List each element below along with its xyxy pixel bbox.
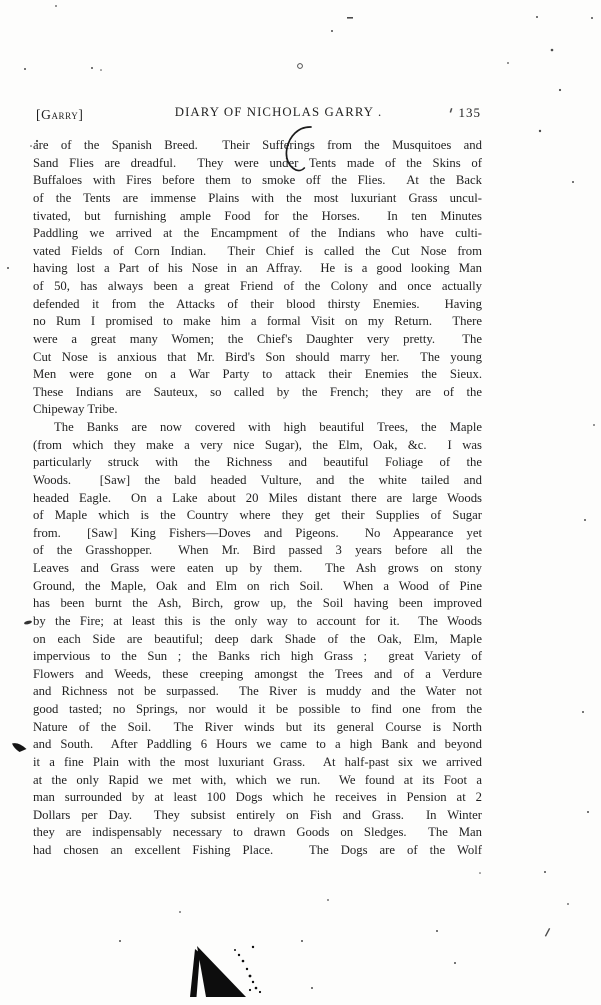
paragraph-1: are of the Spanish Breed. Their Sufferin… <box>33 137 482 419</box>
text-line: Woods. [Saw] the bald headed Vulture, an… <box>33 472 482 490</box>
text-line: of 50, has always been a great Friend of… <box>33 278 482 296</box>
text-line: having lost a Part of his Nose in an Aff… <box>33 260 482 278</box>
text-line: of Maple which is the Country where they… <box>33 507 482 525</box>
text-line: defended it from the Attacks of their bl… <box>33 296 482 314</box>
text-line: particularly struck with the Richness an… <box>33 454 482 472</box>
ink-blot-icon <box>190 946 261 997</box>
text-line: and South. After Paddling 6 Hours we cam… <box>33 736 482 754</box>
text-line: tivated, but furnishing ample Food for t… <box>33 208 482 226</box>
margin-arrow-icon <box>12 743 27 752</box>
text-line: These Indians are Sauteux, so called by … <box>33 384 482 402</box>
text-line: Cut Nose is anxious that Mr. Bird's Son … <box>33 349 482 367</box>
text-line: Flowers and Weeds, these creeping amongs… <box>33 666 482 684</box>
text-line: Ground, the Maple, Oak and Elm on rich S… <box>33 578 482 596</box>
body-text: are of the Spanish Breed. Their Sufferin… <box>33 137 482 860</box>
text-line: by the Fire; at least this is the only w… <box>33 613 482 631</box>
text-line: were a great many Women; the Chief's Dau… <box>33 331 482 349</box>
margin-dash-icon <box>24 620 33 625</box>
text-line: they are indispensably necessary to draw… <box>33 824 482 842</box>
text-line: Leaves and Grass were eaten up by them. … <box>33 560 482 578</box>
text-line: Men were gone on a War Party to attack t… <box>33 366 482 384</box>
text-line: man surrounded by at least 100 Dogs whic… <box>33 789 482 807</box>
text-line: Nature of the Soil. The River winds but … <box>33 719 482 737</box>
text-line: Chipeway Tribe. <box>33 401 482 419</box>
text-line: are of the Spanish Breed. Their Sufferin… <box>33 137 482 155</box>
running-head-title: DIARY OF NICHOLAS GARRY . <box>75 105 482 120</box>
text-line: Paddling we arrived at the Encampment of… <box>33 225 482 243</box>
text-line: impervious to the Sun ; the Banks rich h… <box>33 648 482 666</box>
text-line: of the Grasshopper. When Mr. Bird passed… <box>33 542 482 560</box>
text-line: headed Eagle. On a Lake about 20 Miles d… <box>33 490 482 508</box>
text-line: it a fine Plain with the most luxuriant … <box>33 754 482 772</box>
text-line: and Richness not be surpassed. The River… <box>33 683 482 701</box>
text-line: at the only Rapid we met with, which we … <box>33 772 482 790</box>
text-line: (from which they make a very nice Sugar)… <box>33 437 482 455</box>
page-number: 135 <box>459 105 482 121</box>
text-line: no Rum I promised to make him a formal V… <box>33 313 482 331</box>
text-line: The Banks are now covered with high beau… <box>33 419 482 437</box>
text-line: Dollars per Day. They subsist entirely o… <box>33 807 482 825</box>
text-line: vated Fields of Corn Indian. Their Chief… <box>33 243 482 261</box>
paragraph-2: The Banks are now covered with high beau… <box>33 419 482 860</box>
text-line: has been burnt the Ash, Birch, grow up, … <box>33 595 482 613</box>
text-line: from. [Saw] King Fishers—Doves and Pigeo… <box>33 525 482 543</box>
text-line: had chosen an excellent Fishing Place. T… <box>33 842 482 860</box>
text-line: Sand Flies are dreadful. They were under… <box>33 155 482 173</box>
page-header: [Garry] DIARY OF NICHOLAS GARRY . 135 <box>33 105 482 125</box>
text-line: on each Side are beautiful; deep dark Sh… <box>33 631 482 649</box>
text-line: of the Tents are immense Plains with the… <box>33 190 482 208</box>
text-line: good tasted; no Springs, nor would it be… <box>33 701 482 719</box>
text-line: Buffaloes with Fires before them to smok… <box>33 172 482 190</box>
book-page: [Garry] DIARY OF NICHOLAS GARRY . 135 ar… <box>0 0 601 1005</box>
